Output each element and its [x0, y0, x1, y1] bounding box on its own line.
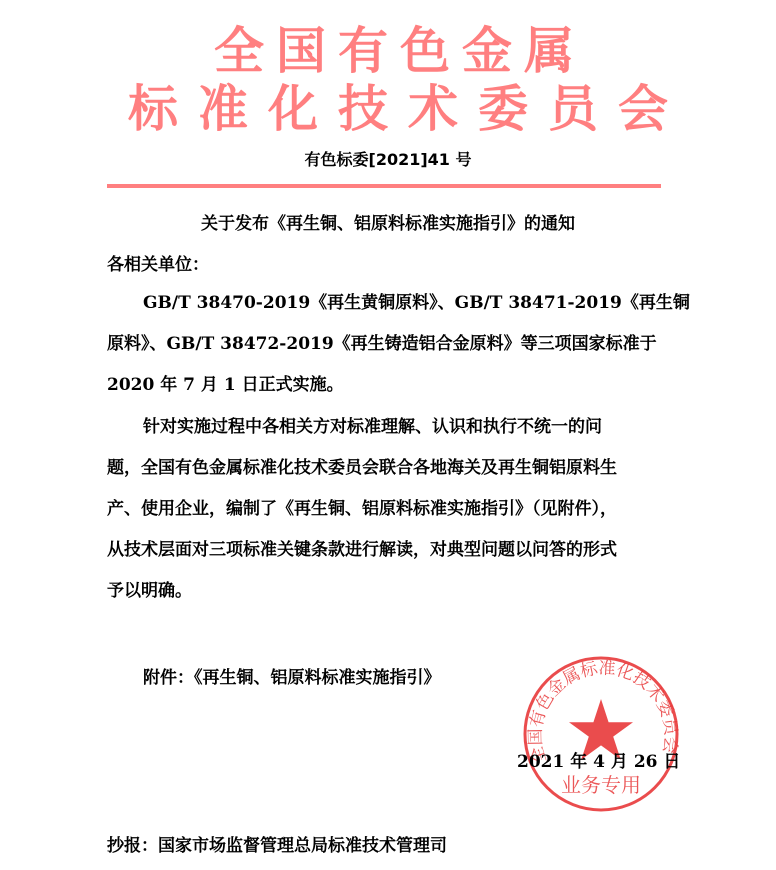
- paragraph-line: 从技术层面对三项标准关键条款进行解读，对典型问题以问答的形式: [107, 530, 663, 571]
- letterhead-org-line2: 标准化技术委员会: [0, 76, 776, 142]
- official-seal: 全国有色金属标准化技术委员会 业务专用: [521, 654, 681, 814]
- paragraph-standards: GB/T 38470-2019《再生黄铜原料》、GB/T 38471-2019《…: [107, 283, 663, 406]
- letterhead-divider: [107, 184, 661, 188]
- paragraph-line: 题，全国有色金属标准化技术委员会联合各地海关及再生铜铝原料生: [107, 448, 663, 489]
- paragraph-line: 原料》、GB/T 38472-2019《再生铸造铝合金原料》等三项国家标准于: [107, 324, 663, 365]
- document-number: 有色标委[2021]41 号: [0, 147, 776, 170]
- notice-title: 关于发布《再生铜、铝原料标准实施指引》的通知: [0, 209, 776, 234]
- salutation: 各相关单位：: [107, 250, 209, 275]
- seal-bottom-text: 业务专用: [561, 773, 641, 797]
- issue-date: 2021 年 4 月 26 日: [517, 747, 680, 772]
- letterhead-org-line1: 全国有色金属: [0, 18, 776, 84]
- paragraph-line: 2020 年 7 月 1 日正式实施。: [107, 365, 663, 406]
- attachment-reference: 附件：《再生铜、铝原料标准实施指引》: [143, 663, 441, 688]
- paragraph-line: 产、使用企业，编制了《再生铜、铝原料标准实施指引》（见附件），: [107, 489, 663, 530]
- paragraph-line: GB/T 38470-2019《再生黄铜原料》、GB/T 38471-2019《…: [107, 283, 663, 324]
- paragraph-line: 针对实施过程中各相关方对标准理解、认识和执行不统一的问: [107, 407, 663, 448]
- paragraph-guidance: 针对实施过程中各相关方对标准理解、认识和执行不统一的问 题，全国有色金属标准化技…: [107, 407, 663, 612]
- cc-recipient: 抄报：国家市场监督管理总局标准技术管理司: [107, 831, 447, 856]
- paragraph-line: 予以明确。: [107, 571, 663, 612]
